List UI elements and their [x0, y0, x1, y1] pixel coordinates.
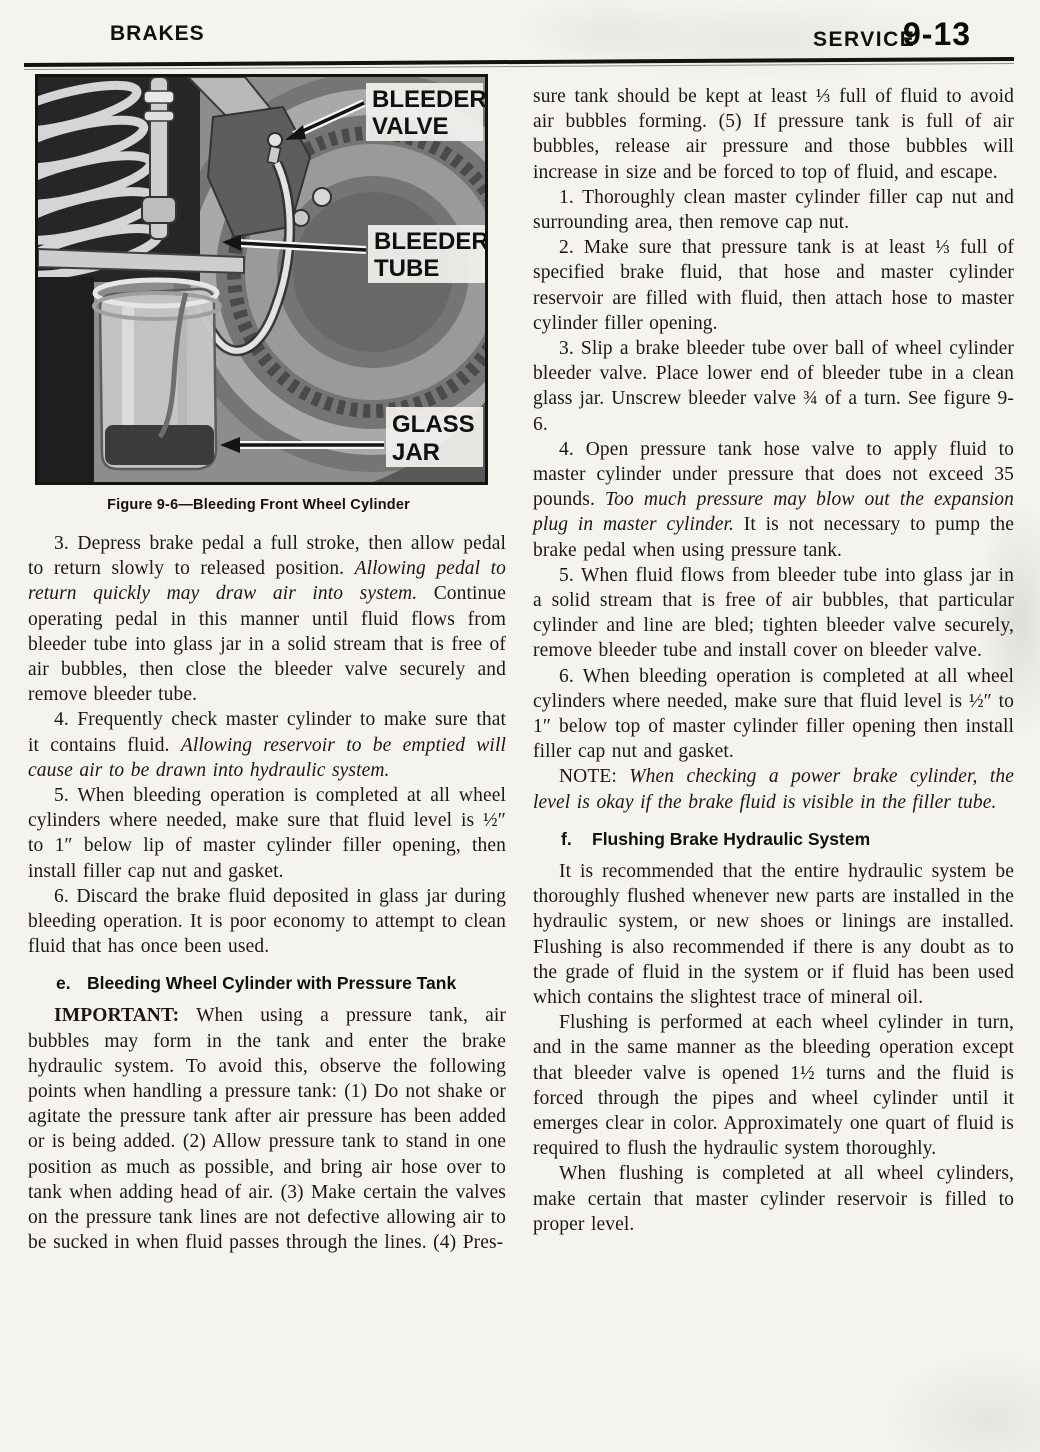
figure-caption: Figure 9-6—Bleeding Front Wheel Cylinder [35, 497, 482, 513]
paragraph: Flushing is performed at each wheel cyli… [533, 1010, 1014, 1161]
section-heading: f.Flushing Brake Hydraulic System [561, 828, 1014, 851]
paragraph: 3. Slip a brake bleeder tube over ball o… [533, 336, 1014, 437]
paragraph: 5. When fluid flows from bleeder tube in… [533, 563, 1014, 664]
left-column-text: 3. Depress brake pedal a full stroke, th… [28, 531, 506, 1255]
section-letter: f. [561, 828, 592, 851]
running-head-section: BRAKES [110, 22, 205, 46]
svg-text:VALVE: VALVE [372, 113, 448, 140]
page-number: 9-13 [903, 16, 971, 53]
brake-bleeding-photo: BLEEDER VALVE BLEEDER TUBE [35, 74, 488, 485]
left-column: BLEEDER VALVE BLEEDER TUBE [28, 74, 506, 1255]
paragraph: 4. Frequently check master cylinder to m… [28, 707, 506, 783]
svg-text:BLEEDER: BLEEDER [372, 86, 487, 113]
right-column: sure tank should be kept at least ⅓ full… [533, 84, 1014, 1237]
running-head-service: SERVICE [813, 28, 915, 52]
section-heading: e.Bleeding Wheel Cylinder with Pressure … [56, 972, 506, 995]
paragraph: IMPORTANT: When using a pressure tank, a… [28, 1003, 506, 1255]
paragraph: 3. Depress brake pedal a full stroke, th… [28, 531, 506, 707]
paragraph: 4. Open pressure tank hose valve to appl… [533, 437, 1014, 563]
svg-text:GLASS: GLASS [392, 411, 475, 438]
paragraph: When flushing is completed at all wheel … [533, 1161, 1014, 1237]
paragraph: It is recommended that the entire hydrau… [533, 859, 1014, 1010]
svg-text:JAR: JAR [392, 439, 440, 466]
paragraph: 6. Discard the brake fluid deposited in … [28, 884, 506, 960]
section-letter: e. [56, 972, 87, 995]
section-title: Flushing Brake Hydraulic System [592, 828, 870, 851]
glass-jar-graphic [94, 280, 220, 469]
svg-text:BLEEDER: BLEEDER [374, 228, 488, 255]
figure-9-6: BLEEDER VALVE BLEEDER TUBE [35, 74, 482, 513]
section-title: Bleeding Wheel Cylinder with Pressure Ta… [87, 972, 456, 995]
right-column-text: sure tank should be kept at least ⅓ full… [533, 84, 1014, 1237]
manual-page: BRAKES SERVICE 9-13 [0, 0, 1040, 1452]
paragraph: 1. Thoroughly clean master cylinder fill… [533, 185, 1014, 235]
paragraph: sure tank should be kept at least ⅓ full… [533, 84, 1014, 185]
svg-text:TUBE: TUBE [374, 255, 439, 282]
paragraph: 6. When bleeding operation is completed … [533, 664, 1014, 765]
paragraph: 2. Make sure that pressure tank is at le… [533, 235, 1014, 336]
paragraph: 5. When bleeding operation is completed … [28, 783, 506, 884]
paragraph: NOTE: When checking a power brake cylind… [533, 764, 1014, 814]
